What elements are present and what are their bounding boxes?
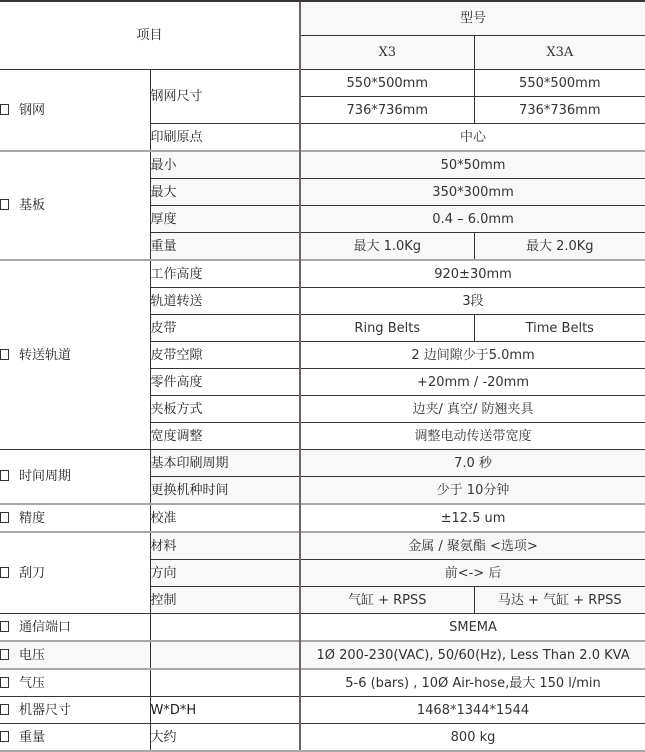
- weight-row: 重量 大约 800 kg: [0, 724, 645, 752]
- value-shared: SMEMA: [300, 614, 645, 642]
- accuracy-row: 精度 校准 ±12.5 um: [0, 504, 645, 532]
- value-shared: 2 边间隙少于5.0mm: [300, 342, 645, 369]
- model-x3a-header: X3A: [474, 36, 645, 70]
- row-label: 零件高度: [150, 369, 300, 396]
- group-substrate: 基板: [0, 151, 150, 260]
- value-shared: 1468*1344*1544: [300, 697, 645, 724]
- group-label: 转送轨道: [19, 348, 71, 363]
- group-squeegee: 刮刀: [0, 532, 150, 614]
- square-bullet-icon: [0, 349, 9, 360]
- group-machine-size: 机器尺寸: [0, 697, 150, 724]
- value-x3a: Time Belts: [474, 315, 645, 342]
- row-label: 印刷原点: [150, 124, 300, 152]
- square-bullet-icon: [0, 512, 9, 523]
- group-comm-port: 通信端口: [0, 614, 150, 642]
- value-shared: 920±30mm: [300, 260, 645, 288]
- row-label: 校准: [150, 504, 300, 532]
- row-label: 轨道转送: [150, 288, 300, 315]
- value-shared: 边夹/ 真空/ 防翘夹具: [300, 396, 645, 423]
- square-bullet-icon: [0, 199, 9, 210]
- row-label: 材料: [150, 532, 300, 560]
- group-voltage: 电压: [0, 641, 150, 669]
- square-bullet-icon: [0, 621, 9, 632]
- value-x3a: 最大 2.0Kg: [474, 233, 645, 261]
- cycle-time-row: 时间周期 基本印刷周期 7.0 秒: [0, 450, 645, 477]
- row-label: 方向: [150, 560, 300, 587]
- row-label: 大约: [150, 724, 300, 752]
- group-accuracy: 精度: [0, 504, 150, 532]
- group-label: 基板: [19, 198, 45, 213]
- value-shared: 3段: [300, 288, 645, 315]
- value-shared: 50*50mm: [300, 151, 645, 179]
- group-conveyor: 转送轨道: [0, 260, 150, 450]
- row-label: 更换机种时间: [150, 477, 300, 505]
- squeegee-material-row: 刮刀 材料 金属 / 聚氨酯 <选项>: [0, 532, 645, 560]
- value-x3: 736*736mm: [300, 97, 474, 124]
- row-label: 重量: [150, 233, 300, 261]
- group-label: 气压: [19, 676, 45, 691]
- value-shared: 调整电动传送带宽度: [300, 423, 645, 450]
- stencil-size-row-1: 钢网 钢网尺寸 550*500mm 550*500mm: [0, 70, 645, 97]
- air-pressure-row: 气压 5-6 (bars) , 10Ø Air-hose,最大 150 l/mi…: [0, 669, 645, 697]
- spec-table: 项目 型号 X3 X3A 钢网 钢网尺寸 550*500mm 550*500mm…: [0, 0, 645, 752]
- value-shared: 1Ø 200-230(VAC), 50/60(Hz), Less Than 2.…: [300, 641, 645, 669]
- row-label: [150, 669, 300, 697]
- square-bullet-icon: [0, 649, 9, 660]
- row-label: 钢网尺寸: [150, 70, 300, 124]
- value-shared: 前<-> 后: [300, 560, 645, 587]
- row-label: W*D*H: [150, 697, 300, 724]
- row-label: 宽度调整: [150, 423, 300, 450]
- row-label: [150, 614, 300, 642]
- value-x3: 气缸 + RPSS: [300, 587, 474, 614]
- value-x3a: 马达 + 气缸 + RPSS: [474, 587, 645, 614]
- value-shared: 7.0 秒: [300, 450, 645, 477]
- value-x3: 550*500mm: [300, 70, 474, 97]
- value-shared: 800 kg: [300, 724, 645, 752]
- value-x3a: 736*736mm: [474, 97, 645, 124]
- group-air-pressure: 气压: [0, 669, 150, 697]
- value-shared: 中心: [300, 124, 645, 152]
- group-label: 时间周期: [19, 469, 71, 484]
- row-label: 皮带空隙: [150, 342, 300, 369]
- machine-size-row: 机器尺寸 W*D*H 1468*1344*1544: [0, 697, 645, 724]
- value-shared: +20mm / -20mm: [300, 369, 645, 396]
- comm-port-row: 通信端口 SMEMA: [0, 614, 645, 642]
- group-label: 重量: [19, 730, 45, 745]
- row-label: 厚度: [150, 206, 300, 233]
- value-shared: ±12.5 um: [300, 504, 645, 532]
- row-label: 夹板方式: [150, 396, 300, 423]
- group-label: 电压: [19, 648, 45, 663]
- row-label: [150, 641, 300, 669]
- value-x3: 最大 1.0Kg: [300, 233, 474, 261]
- value-shared: 少于 10分钟: [300, 477, 645, 505]
- value-shared: 金属 / 聚氨酯 <选项>: [300, 532, 645, 560]
- header-row-1: 项目 型号: [0, 1, 645, 36]
- row-label: 控制: [150, 587, 300, 614]
- row-label: 最大: [150, 179, 300, 206]
- voltage-row: 电压 1Ø 200-230(VAC), 50/60(Hz), Less Than…: [0, 641, 645, 669]
- row-label: 工作高度: [150, 260, 300, 288]
- group-label: 钢网: [19, 103, 45, 118]
- model-x3-header: X3: [300, 36, 474, 70]
- value-shared: 0.4 – 6.0mm: [300, 206, 645, 233]
- square-bullet-icon: [0, 704, 9, 715]
- item-column-header: 项目: [0, 1, 300, 70]
- row-label: 最小: [150, 151, 300, 179]
- group-label: 机器尺寸: [19, 703, 71, 718]
- row-label: 皮带: [150, 315, 300, 342]
- row-label: 基本印刷周期: [150, 450, 300, 477]
- group-label: 精度: [19, 511, 45, 526]
- group-label: 通信端口: [19, 620, 71, 635]
- square-bullet-icon: [0, 470, 9, 481]
- conveyor-working-height-row: 转送轨道 工作高度 920±30mm: [0, 260, 645, 288]
- group-stencil: 钢网: [0, 70, 150, 152]
- group-weight: 重量: [0, 724, 150, 752]
- model-column-header: 型号: [300, 1, 645, 36]
- group-label: 刮刀: [19, 566, 45, 581]
- value-shared: 5-6 (bars) , 10Ø Air-hose,最大 150 l/min: [300, 669, 645, 697]
- value-shared: 350*300mm: [300, 179, 645, 206]
- square-bullet-icon: [0, 677, 9, 688]
- square-bullet-icon: [0, 731, 9, 742]
- value-x3: Ring Belts: [300, 315, 474, 342]
- square-bullet-icon: [0, 104, 9, 115]
- substrate-min-row: 基板 最小 50*50mm: [0, 151, 645, 179]
- square-bullet-icon: [0, 567, 9, 578]
- group-cycle-time: 时间周期: [0, 450, 150, 505]
- value-x3a: 550*500mm: [474, 70, 645, 97]
